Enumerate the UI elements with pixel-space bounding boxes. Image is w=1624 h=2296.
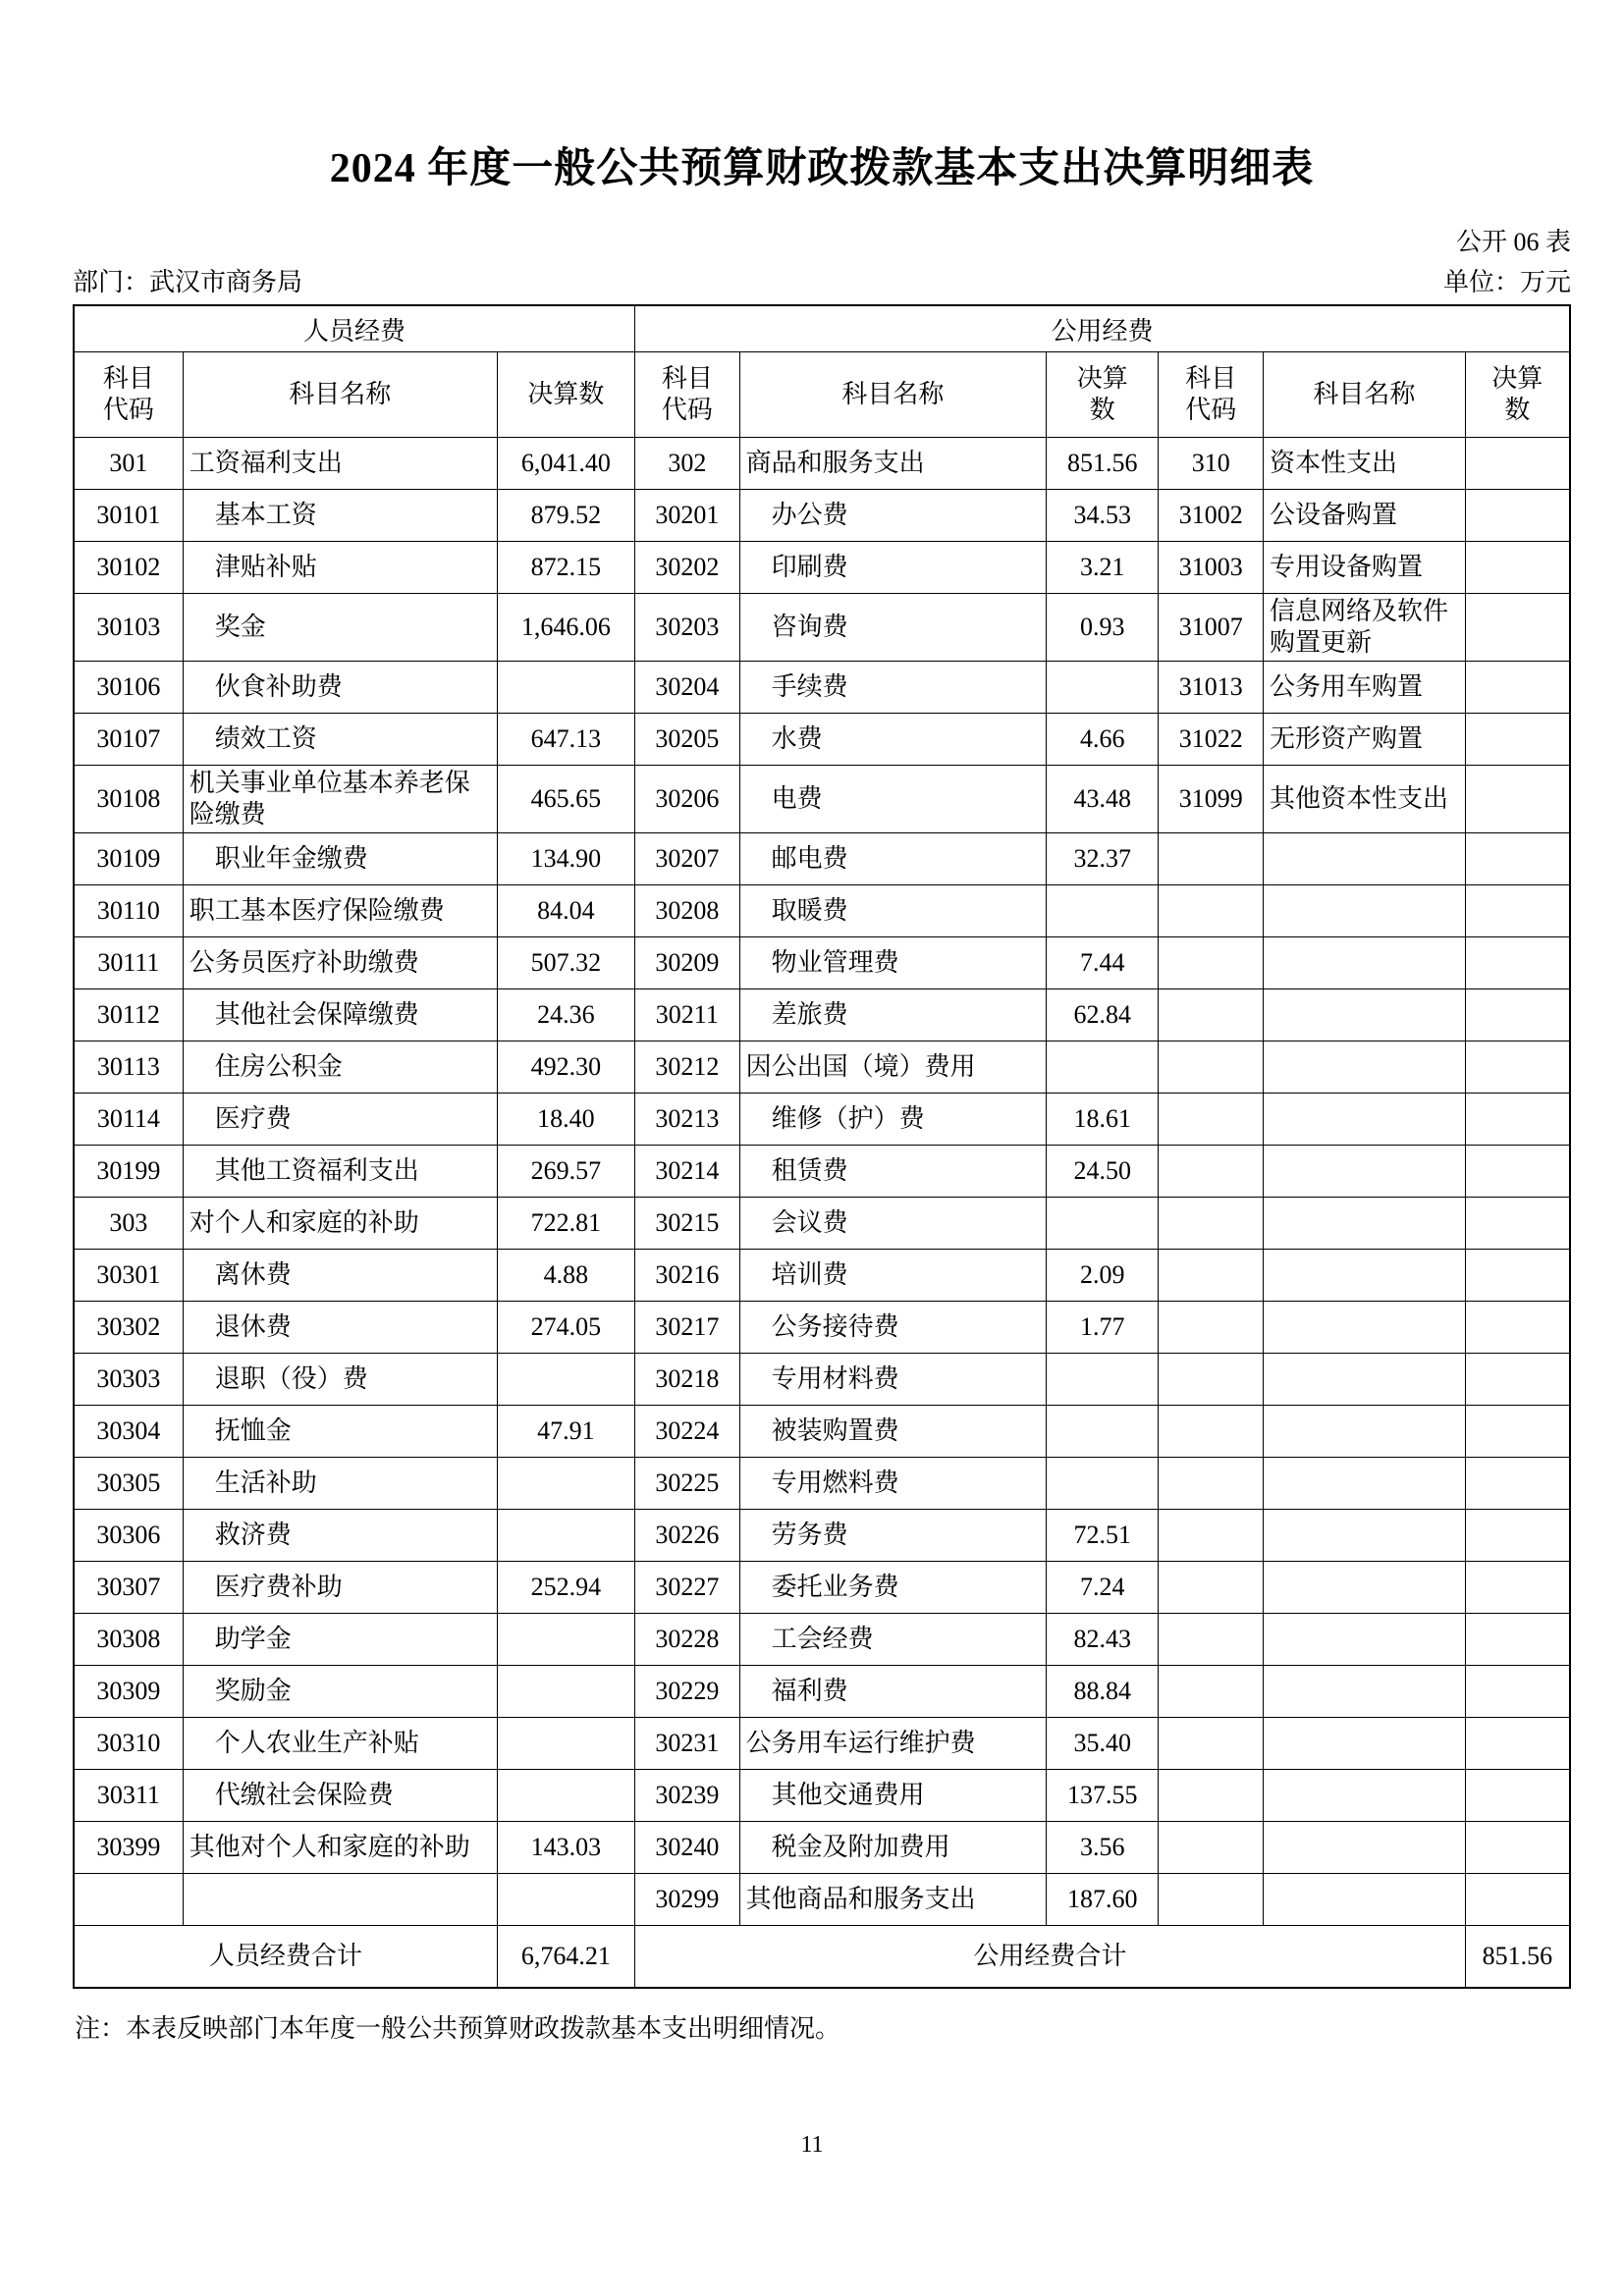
subject-name-cell: 工资福利支出 (183, 438, 497, 490)
subject-name-cell: 离休费 (183, 1250, 497, 1302)
subject-code-cell (1159, 1562, 1264, 1614)
subject-code-cell: 30106 (74, 662, 183, 714)
table-code-label: 公开 06 表 (73, 222, 1571, 258)
table-row: 30199 其他工资福利支出269.5730214 租赁费24.50 (74, 1146, 1570, 1198)
amount-cell (1465, 1094, 1570, 1146)
amount-cell: 851.56 (1047, 438, 1159, 490)
amount-cell (497, 1614, 634, 1666)
subject-code-cell: 30306 (74, 1510, 183, 1562)
subject-name-cell: 退职（役）费 (183, 1354, 497, 1406)
amount-cell: 24.36 (497, 989, 634, 1041)
subject-code-cell: 30108 (74, 766, 183, 833)
amount-cell (497, 1458, 634, 1510)
table-row: 30109 职业年金缴费134.9030207 邮电费32.37 (74, 833, 1570, 885)
amount-cell (497, 662, 634, 714)
subject-name-cell (1264, 937, 1466, 989)
document-page: 2024 年度一般公共预算财政拨款基本支出决算明细表 公开 06 表 部门：武汉… (0, 0, 1624, 2296)
table-row: 30399其他对个人和家庭的补助143.0330240 税金及附加费用3.56 (74, 1822, 1570, 1874)
subject-name-cell: 抚恤金 (183, 1406, 497, 1458)
subject-name-cell: 医疗费 (183, 1094, 497, 1146)
table-row: 30114 医疗费18.4030213 维修（护）费18.61 (74, 1094, 1570, 1146)
subject-name-cell (1264, 1874, 1466, 1926)
table-row: 30310 个人农业生产补贴30231公务用车运行维护费35.40 (74, 1718, 1570, 1770)
subject-code-cell (1159, 1718, 1264, 1770)
subject-name-cell: 委托业务费 (739, 1562, 1046, 1614)
amount-cell (1465, 1562, 1570, 1614)
subject-code-cell: 30214 (634, 1146, 739, 1198)
subject-code-cell: 30225 (634, 1458, 739, 1510)
subject-code-cell (1159, 1198, 1264, 1250)
subject-code-cell: 30110 (74, 885, 183, 937)
amount-cell: 2.09 (1047, 1250, 1159, 1302)
table-body: 301工资福利支出6,041.40302商品和服务支出851.56310资本性支… (74, 438, 1570, 1926)
amount-cell (1465, 885, 1570, 937)
subject-name-cell: 其他交通费用 (739, 1770, 1046, 1822)
subject-code-cell: 30209 (634, 937, 739, 989)
subject-name-cell: 救济费 (183, 1510, 497, 1562)
amount-cell: 7.44 (1047, 937, 1159, 989)
column-header-subject-code-2: 科目 代码 (634, 352, 739, 438)
subject-code-cell: 30216 (634, 1250, 739, 1302)
subject-name-cell (1264, 1770, 1466, 1822)
subject-code-cell: 30204 (634, 662, 739, 714)
amount-cell: 47.91 (497, 1406, 634, 1458)
subject-name-cell (1264, 1458, 1466, 1510)
table-row: 30113 住房公积金492.3030212因公出国（境）费用 (74, 1041, 1570, 1094)
subject-name-cell: 邮电费 (739, 833, 1046, 885)
amount-cell (1047, 662, 1159, 714)
amount-cell: 34.53 (1047, 490, 1159, 542)
subject-name-cell: 手续费 (739, 662, 1046, 714)
subject-code-cell: 30112 (74, 989, 183, 1041)
subject-name-cell: 职工基本医疗保险缴费 (183, 885, 497, 937)
subject-code-cell (1159, 937, 1264, 989)
personnel-total-value: 6,764.21 (497, 1926, 634, 1989)
amount-cell (497, 1666, 634, 1718)
table-row: 30302 退休费274.0530217 公务接待费1.77 (74, 1302, 1570, 1354)
subject-code-cell (74, 1874, 183, 1926)
subject-code-cell (1159, 1614, 1264, 1666)
amount-cell (1465, 1614, 1570, 1666)
subject-name-cell: 专用材料费 (739, 1354, 1046, 1406)
subject-name-cell (1264, 1562, 1466, 1614)
amount-cell: 274.05 (497, 1302, 634, 1354)
table-row: 30110职工基本医疗保险缴费84.0430208 取暖费 (74, 885, 1570, 937)
subject-name-cell (1264, 1822, 1466, 1874)
subject-code-cell: 30303 (74, 1354, 183, 1406)
subject-name-cell: 住房公积金 (183, 1041, 497, 1094)
subject-name-cell: 绩效工资 (183, 714, 497, 766)
subject-code-cell: 30226 (634, 1510, 739, 1562)
subject-name-cell (1264, 1302, 1466, 1354)
subject-code-cell: 30211 (634, 989, 739, 1041)
amount-cell (1047, 885, 1159, 937)
subject-code-cell: 30311 (74, 1770, 183, 1822)
table-row: 30108机关事业单位基本养老保险缴费465.6530206 电费43.4831… (74, 766, 1570, 833)
section-header-personnel: 人员经费 (74, 305, 634, 352)
subject-name-cell: 专用设备购置 (1264, 542, 1466, 594)
subject-code-cell: 30240 (634, 1822, 739, 1874)
amount-cell (1465, 1718, 1570, 1770)
subject-name-cell: 其他对个人和家庭的补助 (183, 1822, 497, 1874)
subject-name-cell (1264, 1406, 1466, 1458)
subject-name-cell (1264, 1198, 1466, 1250)
page-title: 2024 年度一般公共预算财政拨款基本支出决算明细表 (73, 135, 1571, 194)
subject-code-cell: 31099 (1159, 766, 1264, 833)
table-row: 30305 生活补助30225 专用燃料费 (74, 1458, 1570, 1510)
subject-name-cell: 咨询费 (739, 594, 1046, 662)
amount-cell: 43.48 (1047, 766, 1159, 833)
amount-cell: 647.13 (497, 714, 634, 766)
table-row: 30306 救济费30226 劳务费72.51 (74, 1510, 1570, 1562)
subject-name-cell: 其他资本性支出 (1264, 766, 1466, 833)
subject-name-cell: 机关事业单位基本养老保险缴费 (183, 766, 497, 833)
table-row: 30103 奖金1,646.0630203 咨询费0.9331007信息网络及软… (74, 594, 1570, 662)
amount-cell (1465, 1354, 1570, 1406)
subject-name-cell: 对个人和家庭的补助 (183, 1198, 497, 1250)
amount-cell: 4.88 (497, 1250, 634, 1302)
amount-cell: 143.03 (497, 1822, 634, 1874)
amount-cell: 507.32 (497, 937, 634, 989)
amount-cell: 252.94 (497, 1562, 634, 1614)
section-header-public: 公用经费 (634, 305, 1570, 352)
subject-code-cell: 30308 (74, 1614, 183, 1666)
amount-cell: 492.30 (497, 1041, 634, 1094)
subject-name-cell: 医疗费补助 (183, 1562, 497, 1614)
subject-code-cell: 31007 (1159, 594, 1264, 662)
subject-name-cell (1264, 1666, 1466, 1718)
amount-cell (1047, 1354, 1159, 1406)
subject-code-cell (1159, 1354, 1264, 1406)
subject-name-cell: 物业管理费 (739, 937, 1046, 989)
subject-name-cell: 退休费 (183, 1302, 497, 1354)
column-header-subject-name-3: 科目名称 (1264, 352, 1466, 438)
amount-cell (1465, 1822, 1570, 1874)
amount-cell: 187.60 (1047, 1874, 1159, 1926)
subject-name-cell: 其他社会保障缴费 (183, 989, 497, 1041)
subject-code-cell: 303 (74, 1198, 183, 1250)
subject-code-cell: 30205 (634, 714, 739, 766)
subject-code-cell (1159, 885, 1264, 937)
amount-cell (1047, 1406, 1159, 1458)
subject-code-cell: 30217 (634, 1302, 739, 1354)
subject-code-cell: 30109 (74, 833, 183, 885)
page-number: 11 (0, 2132, 1624, 2159)
subject-code-cell: 31013 (1159, 662, 1264, 714)
amount-cell: 35.40 (1047, 1718, 1159, 1770)
subject-name-cell: 劳务费 (739, 1510, 1046, 1562)
subject-code-cell: 30102 (74, 542, 183, 594)
amount-cell: 269.57 (497, 1146, 634, 1198)
amount-cell: 722.81 (497, 1198, 634, 1250)
amount-cell: 137.55 (1047, 1770, 1159, 1822)
subject-name-cell (1264, 1510, 1466, 1562)
subject-name-cell (1264, 1250, 1466, 1302)
subject-code-cell (1159, 1510, 1264, 1562)
subject-name-cell: 资本性支出 (1264, 438, 1466, 490)
subject-name-cell (1264, 1718, 1466, 1770)
amount-cell (1465, 1041, 1570, 1094)
subject-code-cell: 30101 (74, 490, 183, 542)
amount-cell: 24.50 (1047, 1146, 1159, 1198)
subject-name-cell (1264, 1614, 1466, 1666)
subject-code-cell: 30103 (74, 594, 183, 662)
amount-cell (1465, 1770, 1570, 1822)
amount-cell (1465, 542, 1570, 594)
subject-name-cell (1264, 1354, 1466, 1406)
subject-code-cell (1159, 1666, 1264, 1718)
amount-cell: 1.77 (1047, 1302, 1159, 1354)
public-total-value: 851.56 (1465, 1926, 1570, 1989)
amount-cell: 62.84 (1047, 989, 1159, 1041)
amount-cell: 82.43 (1047, 1614, 1159, 1666)
section-header-row: 人员经费 公用经费 (74, 305, 1570, 352)
subject-code-cell (1159, 1041, 1264, 1094)
table-row: 30112 其他社会保障缴费24.3630211 差旅费62.84 (74, 989, 1570, 1041)
amount-cell (1047, 1041, 1159, 1094)
amount-cell (1465, 490, 1570, 542)
subject-name-cell: 因公出国（境）费用 (739, 1041, 1046, 1094)
subject-name-cell: 基本工资 (183, 490, 497, 542)
amount-cell: 88.84 (1047, 1666, 1159, 1718)
amount-cell (497, 1874, 634, 1926)
column-header-subject-code-1: 科目 代码 (74, 352, 183, 438)
subject-name-cell: 个人农业生产补贴 (183, 1718, 497, 1770)
subject-code-cell: 30307 (74, 1562, 183, 1614)
subject-name-cell: 印刷费 (739, 542, 1046, 594)
table-row: 30309 奖励金30229 福利费88.84 (74, 1666, 1570, 1718)
subject-code-cell: 30299 (634, 1874, 739, 1926)
subject-name-cell: 电费 (739, 766, 1046, 833)
subject-name-cell: 其他商品和服务支出 (739, 1874, 1046, 1926)
amount-cell (1465, 1302, 1570, 1354)
column-header-amount-1: 决算数 (497, 352, 634, 438)
subject-code-cell: 30239 (634, 1770, 739, 1822)
amount-cell (1465, 594, 1570, 662)
subject-code-cell: 30218 (634, 1354, 739, 1406)
footnote: 注：本表反映部门本年度一般公共预算财政拨款基本支出明细情况。 (75, 2008, 1571, 2045)
amount-cell: 879.52 (497, 490, 634, 542)
column-header-subject-name-1: 科目名称 (183, 352, 497, 438)
column-header-subject-code-3: 科目 代码 (1159, 352, 1264, 438)
table-row: 30107 绩效工资647.1330205 水费4.6631022无形资产购置 (74, 714, 1570, 766)
subject-code-cell (1159, 989, 1264, 1041)
table-row: 30301 离休费4.8830216 培训费2.09 (74, 1250, 1570, 1302)
subject-code-cell (1159, 833, 1264, 885)
subject-name-cell: 工会经费 (739, 1614, 1046, 1666)
department-label: 部门：武汉市商务局 (73, 262, 302, 298)
subject-code-cell: 310 (1159, 438, 1264, 490)
subject-code-cell (1159, 1406, 1264, 1458)
amount-cell: 18.61 (1047, 1094, 1159, 1146)
column-header-amount-2: 决算 数 (1047, 352, 1159, 438)
subject-code-cell (1159, 1250, 1264, 1302)
subject-name-cell (1264, 1094, 1466, 1146)
table-row: 30101 基本工资879.5230201 办公费34.5331002公设备购置 (74, 490, 1570, 542)
subject-code-cell: 31003 (1159, 542, 1264, 594)
subject-name-cell: 专用燃料费 (739, 1458, 1046, 1510)
expenditure-table: 人员经费 公用经费 科目 代码 科目名称 决算数 科目 代码 科目名称 决算 数… (73, 304, 1571, 1989)
amount-cell (1465, 1874, 1570, 1926)
subject-name-cell: 代缴社会保险费 (183, 1770, 497, 1822)
amount-cell (1465, 1458, 1570, 1510)
table-row: 30307 医疗费补助252.9430227 委托业务费7.24 (74, 1562, 1570, 1614)
subject-code-cell: 30229 (634, 1666, 739, 1718)
subject-name-cell (1264, 833, 1466, 885)
amount-cell: 18.40 (497, 1094, 634, 1146)
amount-cell (1465, 438, 1570, 490)
subject-name-cell: 福利费 (739, 1666, 1046, 1718)
amount-cell: 465.65 (497, 766, 634, 833)
amount-cell: 134.90 (497, 833, 634, 885)
subject-name-cell: 培训费 (739, 1250, 1046, 1302)
subject-code-cell (1159, 1874, 1264, 1926)
amount-cell (1047, 1198, 1159, 1250)
amount-cell (1465, 662, 1570, 714)
amount-cell: 3.56 (1047, 1822, 1159, 1874)
subject-code-cell: 30305 (74, 1458, 183, 1510)
subject-name-cell: 公设备购置 (1264, 490, 1466, 542)
subject-code-cell: 30207 (634, 833, 739, 885)
subject-name-cell: 租赁费 (739, 1146, 1046, 1198)
subject-name-cell: 奖金 (183, 594, 497, 662)
personnel-total-label: 人员经费合计 (74, 1926, 497, 1989)
column-header-row: 科目 代码 科目名称 决算数 科目 代码 科目名称 决算 数 科目 代码 科目名… (74, 352, 1570, 438)
subject-name-cell: 助学金 (183, 1614, 497, 1666)
amount-cell (497, 1354, 634, 1406)
subject-name-cell: 其他工资福利支出 (183, 1146, 497, 1198)
amount-cell: 32.37 (1047, 833, 1159, 885)
table-row: 30311 代缴社会保险费30239 其他交通费用137.55 (74, 1770, 1570, 1822)
subject-code-cell: 31022 (1159, 714, 1264, 766)
amount-cell: 84.04 (497, 885, 634, 937)
amount-cell: 3.21 (1047, 542, 1159, 594)
amount-cell: 0.93 (1047, 594, 1159, 662)
subject-code-cell: 30213 (634, 1094, 739, 1146)
subject-name-cell: 津贴补贴 (183, 542, 497, 594)
subject-code-cell: 30201 (634, 490, 739, 542)
subject-code-cell (1159, 1458, 1264, 1510)
amount-cell: 4.66 (1047, 714, 1159, 766)
subject-name-cell: 会议费 (739, 1198, 1046, 1250)
subject-code-cell: 30208 (634, 885, 739, 937)
subject-code-cell: 31002 (1159, 490, 1264, 542)
table-row: 30102 津贴补贴872.1530202 印刷费3.2131003专用设备购置 (74, 542, 1570, 594)
amount-cell (1465, 714, 1570, 766)
subject-name-cell (1264, 885, 1466, 937)
amount-cell (1047, 1458, 1159, 1510)
subject-name-cell: 伙食补助费 (183, 662, 497, 714)
subject-name-cell: 职业年金缴费 (183, 833, 497, 885)
subject-name-cell: 办公费 (739, 490, 1046, 542)
subject-code-cell: 30215 (634, 1198, 739, 1250)
meta-row: 部门：武汉市商务局 单位：万元 (73, 262, 1571, 298)
subject-code-cell: 30107 (74, 714, 183, 766)
subject-name-cell: 无形资产购置 (1264, 714, 1466, 766)
amount-cell (1465, 1406, 1570, 1458)
subject-name-cell: 公务用车购置 (1264, 662, 1466, 714)
table-row: 30304 抚恤金47.9130224 被装购置费 (74, 1406, 1570, 1458)
table-row: 30111公务员医疗补助缴费507.3230209 物业管理费7.44 (74, 937, 1570, 989)
subject-name-cell: 公务用车运行维护费 (739, 1718, 1046, 1770)
subject-name-cell: 生活补助 (183, 1458, 497, 1510)
subject-code-cell: 30224 (634, 1406, 739, 1458)
public-total-label: 公用经费合计 (634, 1926, 1465, 1989)
subject-code-cell: 30301 (74, 1250, 183, 1302)
subject-code-cell: 30206 (634, 766, 739, 833)
amount-cell: 6,041.40 (497, 438, 634, 490)
table-row: 30303 退职（役）费30218 专用材料费 (74, 1354, 1570, 1406)
amount-cell: 72.51 (1047, 1510, 1159, 1562)
subject-code-cell: 30202 (634, 542, 739, 594)
subject-name-cell: 取暖费 (739, 885, 1046, 937)
amount-cell (1465, 1198, 1570, 1250)
table-row: 30308 助学金30228 工会经费82.43 (74, 1614, 1570, 1666)
amount-cell: 872.15 (497, 542, 634, 594)
subject-name-cell: 差旅费 (739, 989, 1046, 1041)
subject-name-cell: 奖励金 (183, 1666, 497, 1718)
subject-code-cell (1159, 1770, 1264, 1822)
subject-code-cell: 30227 (634, 1562, 739, 1614)
subject-name-cell: 信息网络及软件购置更新 (1264, 594, 1466, 662)
amount-cell (1465, 766, 1570, 833)
totals-row: 人员经费合计 6,764.21 公用经费合计 851.56 (74, 1926, 1570, 1989)
column-header-subject-name-2: 科目名称 (739, 352, 1046, 438)
amount-cell (1465, 1510, 1570, 1562)
subject-code-cell: 30399 (74, 1822, 183, 1874)
subject-name-cell (1264, 1041, 1466, 1094)
subject-name-cell: 公务员医疗补助缴费 (183, 937, 497, 989)
subject-name-cell (1264, 1146, 1466, 1198)
subject-name-cell: 维修（护）费 (739, 1094, 1046, 1146)
table-row: 301工资福利支出6,041.40302商品和服务支出851.56310资本性支… (74, 438, 1570, 490)
column-header-amount-3: 决算 数 (1465, 352, 1570, 438)
subject-name-cell: 税金及附加费用 (739, 1822, 1046, 1874)
subject-code-cell: 30304 (74, 1406, 183, 1458)
subject-code-cell (1159, 1146, 1264, 1198)
subject-code-cell (1159, 1094, 1264, 1146)
subject-name-cell: 商品和服务支出 (739, 438, 1046, 490)
subject-name-cell (1264, 989, 1466, 1041)
subject-name-cell: 公务接待费 (739, 1302, 1046, 1354)
subject-code-cell: 30212 (634, 1041, 739, 1094)
amount-cell (1465, 1146, 1570, 1198)
subject-name-cell (183, 1874, 497, 1926)
amount-cell (1465, 1666, 1570, 1718)
subject-code-cell: 30228 (634, 1614, 739, 1666)
amount-cell: 7.24 (1047, 1562, 1159, 1614)
subject-code-cell: 302 (634, 438, 739, 490)
table-row: 30106 伙食补助费30204 手续费31013公务用车购置 (74, 662, 1570, 714)
subject-name-cell: 被装购置费 (739, 1406, 1046, 1458)
subject-code-cell (1159, 1822, 1264, 1874)
amount-cell (1465, 833, 1570, 885)
subject-code-cell: 30309 (74, 1666, 183, 1718)
subject-code-cell: 30113 (74, 1041, 183, 1094)
subject-code-cell (1159, 1302, 1264, 1354)
amount-cell (497, 1770, 634, 1822)
subject-code-cell: 30203 (634, 594, 739, 662)
amount-cell (1465, 937, 1570, 989)
amount-cell: 1,646.06 (497, 594, 634, 662)
amount-cell (497, 1510, 634, 1562)
subject-name-cell: 水费 (739, 714, 1046, 766)
unit-label: 单位：万元 (1443, 262, 1571, 298)
subject-code-cell: 30111 (74, 937, 183, 989)
table-row: 303对个人和家庭的补助722.8130215 会议费 (74, 1198, 1570, 1250)
subject-code-cell: 301 (74, 438, 183, 490)
subject-code-cell: 30199 (74, 1146, 183, 1198)
